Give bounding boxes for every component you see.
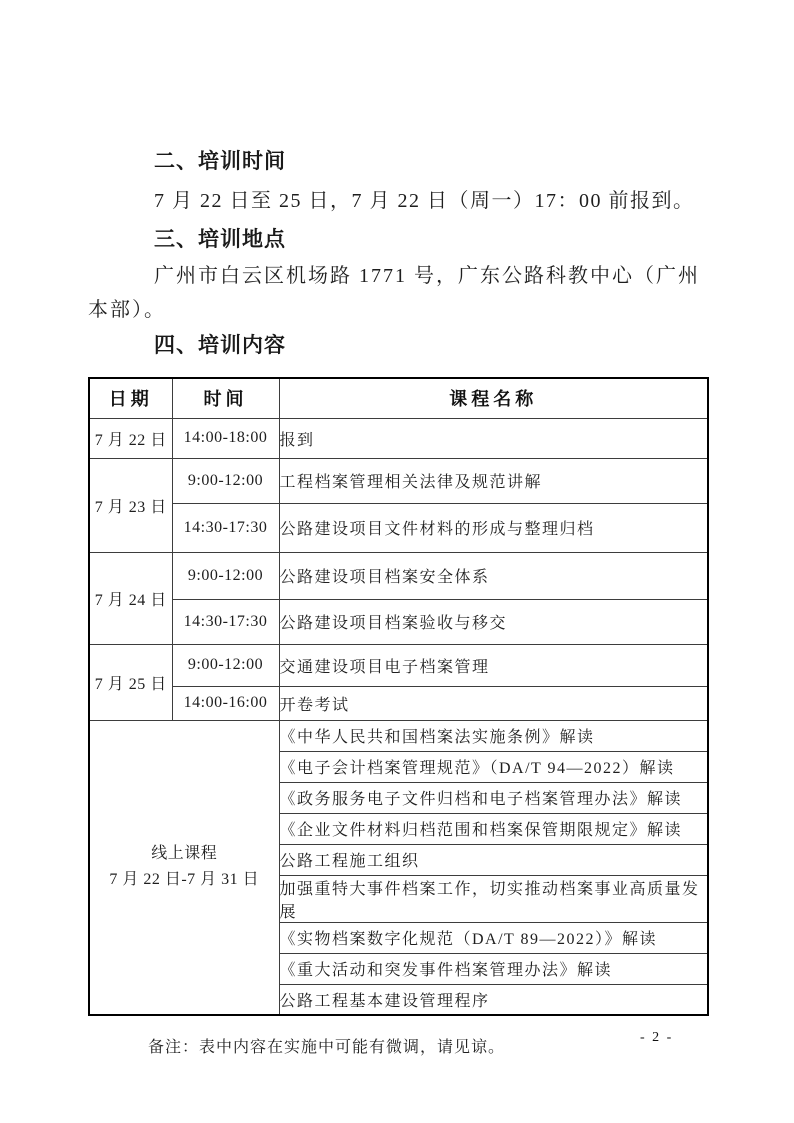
course-cell: 公路工程基本建设管理程序 [279,984,708,1015]
course-cell: 工程档案管理相关法律及规范讲解 [279,458,708,503]
date-cell: 7 月 22 日 [89,418,172,458]
online-course-label-cell: 线上课程 7 月 22 日-7 月 31 日 [89,720,279,1015]
time-cell: 9:00-12:00 [172,458,279,503]
course-cell: 《企业文件材料归档范围和档案保管期限规定》解读 [279,813,708,844]
online-course-dates: 7 月 22 日-7 月 31 日 [90,867,279,893]
table-row: 14:00-16:00 开卷考试 [89,686,708,720]
time-cell: 14:00-18:00 [172,418,279,458]
table-header-row: 日期 时间 课程名称 [89,378,708,418]
table-row: 7 月 25 日 9:00-12:00 交通建设项目电子档案管理 [89,644,708,686]
page-number: - 2 - [640,1030,700,1046]
course-cell: 加强重特大事件档案工作，切实推动档案事业高质量发展 [279,875,708,922]
time-cell: 14:30-17:30 [172,503,279,552]
document-page: 二、培训时间 7 月 22 日至 25 日，7 月 22 日（周一）17：00 … [0,0,794,1123]
course-cell: 公路工程施工组织 [279,844,708,875]
training-location-paragraph: 广州市白云区机场路 1771 号，广东公路科教中心（广州本部）。 [88,259,708,327]
table-row: 14:30-17:30 公路建设项目档案验收与移交 [89,599,708,644]
section-heading-training-content: 四、培训内容 [88,327,708,365]
table-row: 7 月 22 日 14:00-18:00 报到 [89,418,708,458]
course-cell: 报到 [279,418,708,458]
time-cell: 9:00-12:00 [172,644,279,686]
time-cell: 9:00-12:00 [172,552,279,599]
column-header-course: 课程名称 [279,378,708,418]
online-course-label: 线上课程 [90,841,279,867]
table-row: 7 月 24 日 9:00-12:00 公路建设项目档案安全体系 [89,552,708,599]
course-cell: 公路建设项目文件材料的形成与整理归档 [279,503,708,552]
course-cell: 《政务服务电子文件归档和电子档案管理办法》解读 [279,782,708,813]
table-row: 14:30-17:30 公路建设项目文件材料的形成与整理归档 [89,503,708,552]
date-cell: 7 月 23 日 [89,458,172,552]
section-heading-training-time: 二、培训时间 [88,143,708,181]
column-header-time: 时间 [172,378,279,418]
course-cell: 开卷考试 [279,686,708,720]
course-cell: 《实物档案数字化规范（DA/T 89—2022）》解读 [279,922,708,953]
note-paragraph: 备注：表中内容在实施中可能有微调，请见谅。 [88,1034,708,1057]
course-cell: 《中华人民共和国档案法实施条例》解读 [279,720,708,751]
training-time-paragraph: 7 月 22 日至 25 日，7 月 22 日（周一）17：00 前报到。 [88,181,708,221]
section-heading-training-location: 三、培训地点 [88,221,708,259]
course-cell: 交通建设项目电子档案管理 [279,644,708,686]
date-cell: 7 月 25 日 [89,644,172,720]
date-cell: 7 月 24 日 [89,552,172,644]
document-content: 二、培训时间 7 月 22 日至 25 日，7 月 22 日（周一）17：00 … [88,143,708,1057]
table-row: 线上课程 7 月 22 日-7 月 31 日 《中华人民共和国档案法实施条例》解… [89,720,708,751]
time-cell: 14:00-16:00 [172,686,279,720]
column-header-date: 日期 [89,378,172,418]
course-cell: 公路建设项目档案安全体系 [279,552,708,599]
course-cell: 公路建设项目档案验收与移交 [279,599,708,644]
course-cell: 《电子会计档案管理规范》（DA/T 94—2022）解读 [279,751,708,782]
time-cell: 14:30-17:30 [172,599,279,644]
course-cell: 《重大活动和突发事件档案管理办法》解读 [279,953,708,984]
table-row: 7 月 23 日 9:00-12:00 工程档案管理相关法律及规范讲解 [89,458,708,503]
training-schedule-table: 日期 时间 课程名称 7 月 22 日 14:00-18:00 报到 7 月 2… [88,377,709,1016]
